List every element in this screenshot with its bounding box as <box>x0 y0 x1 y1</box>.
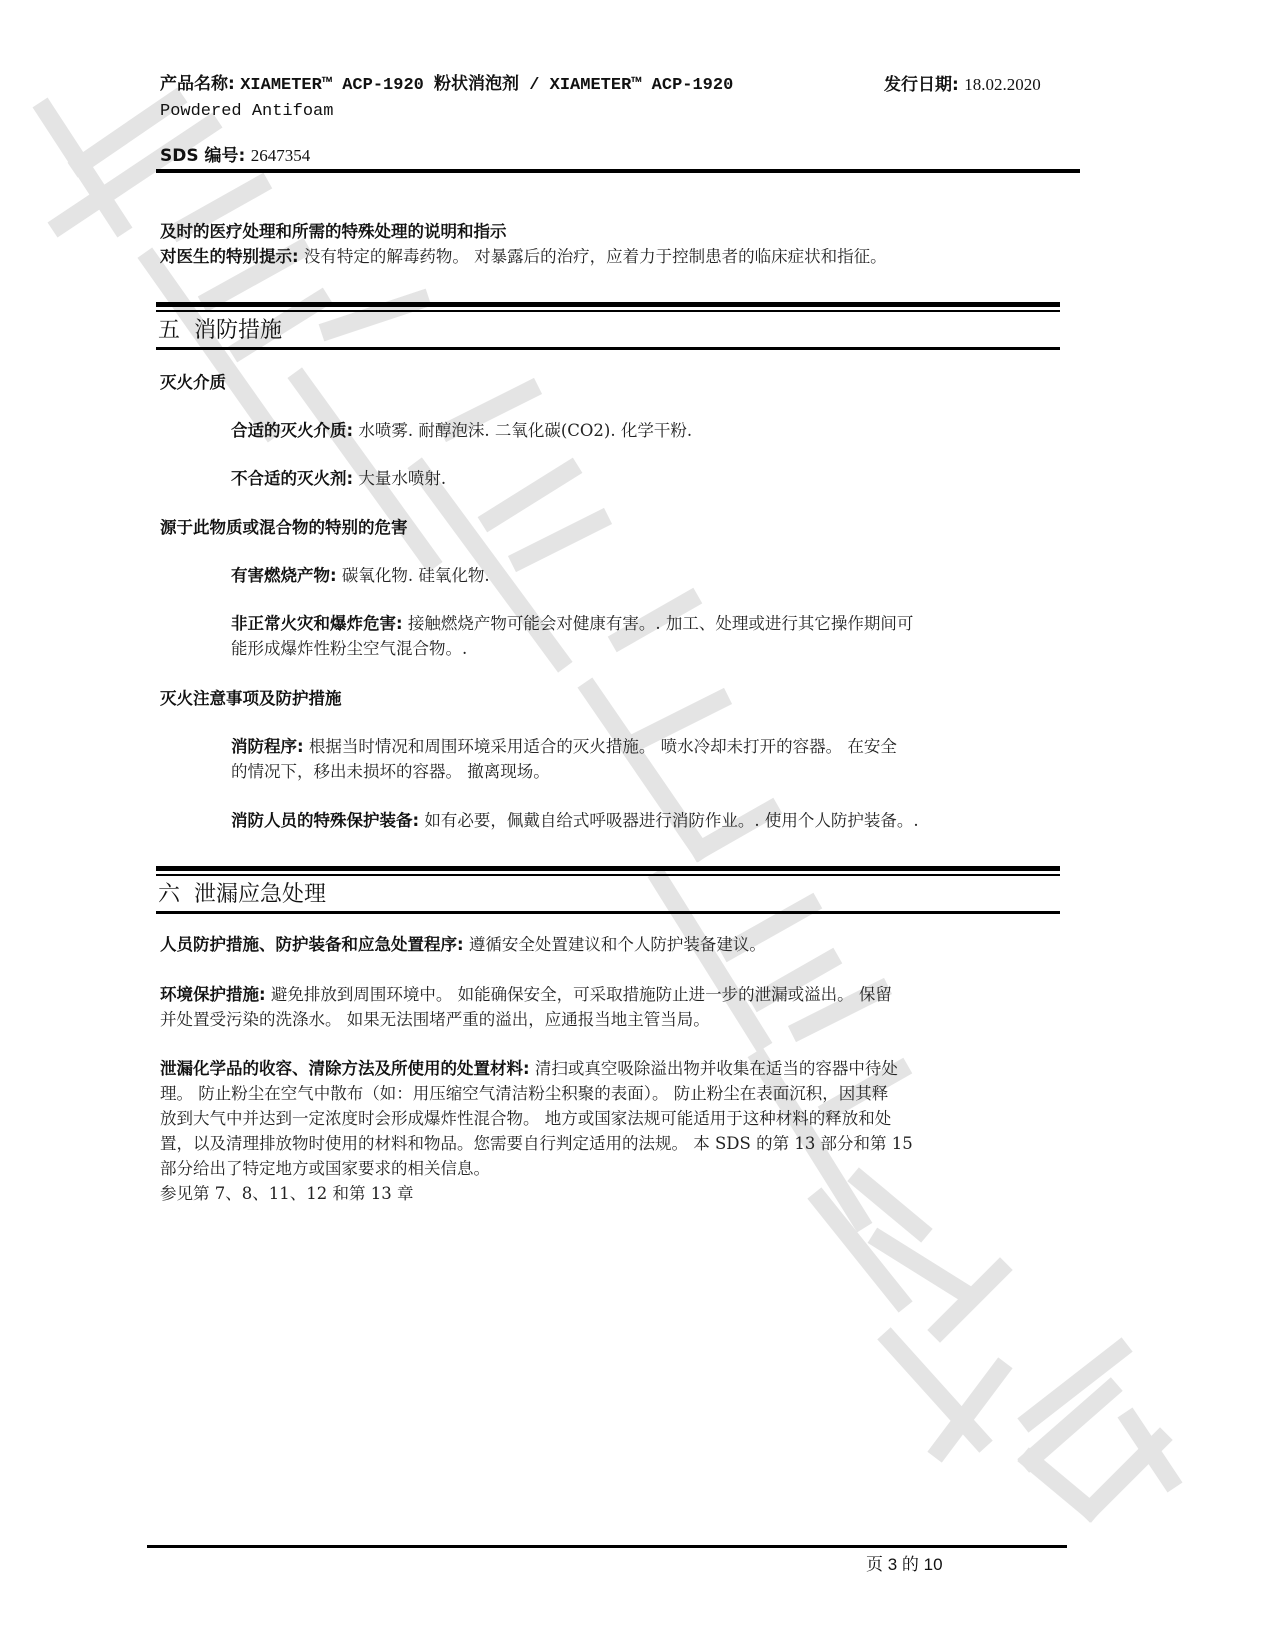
sds-number-label: SDS 编号: <box>160 146 245 166</box>
section5-top-rule <box>156 302 1060 307</box>
suitable-media-label: 合适的灭火介质: <box>231 421 353 440</box>
firefighting-procedures-label: 消防程序: <box>231 737 304 756</box>
unusual-fire-hazards-value: 接触燃烧产物可能会对健康有害。. 加工、处理或进行其它操作期间可 <box>408 614 914 633</box>
firefighting-procedures-value: 根据当时情况和周围环境采用适合的灭火措施。 喷水冷却未打开的容器。 在安全 <box>309 737 897 756</box>
product-name: 产品名称: XIAMETER™ ACP-1920 粉状消泡剂 / XIAMETE… <box>160 72 860 124</box>
section6-bottom-rule <box>156 911 1060 914</box>
product-name-value-line2: Powdered Antifoam <box>160 102 333 121</box>
personal-precautions-value: 遵循安全处置建议和个人防护装备建议。 <box>469 935 766 954</box>
section5-number: 五 <box>158 318 180 343</box>
sds-number-value: 2647354 <box>251 146 311 165</box>
special-hazards-heading: 源于此物质或混合物的特别的危害 <box>160 515 408 540</box>
section5-title: 五 消防措施 <box>158 316 282 346</box>
header-divider <box>156 169 1080 173</box>
sds-number: SDS 编号: 2647354 <box>160 143 310 169</box>
product-name-label: 产品名称: <box>160 74 235 94</box>
section5-bottom-rule <box>156 347 1060 350</box>
containment-cleanup-line: 理。 防止粉尘在空气中散布（如：用压缩空气清洁粉尘积聚的表面）。 防止粉尘在表面… <box>160 1084 888 1103</box>
personal-precautions-label: 人员防护措施、防护装备和应急处置程序: <box>160 935 464 954</box>
environmental-precautions-value-line2: 并处置受污染的洗涤水。 如果无法围堵严重的溢出，应通报当地主管当局。 <box>160 1010 710 1029</box>
unsuitable-media-value: 大量水喷射. <box>358 469 446 488</box>
unsuitable-media-label: 不合适的灭火剂: <box>231 469 353 488</box>
section6-top-rule-thin <box>156 874 1060 876</box>
firefighting-precautions-heading: 灭火注意事项及防护措施 <box>160 686 342 711</box>
section6-number: 六 <box>158 882 180 907</box>
firefighter-equipment-value: 如有必要，佩戴自给式呼吸器进行消防作业。. 使用个人防护装备。. <box>424 811 918 830</box>
note-to-physician-value: 没有特定的解毒药物。 对暴露后的治疗，应着力于控制患者的临床症状和指征。 <box>304 247 887 266</box>
medical-treatment-heading: 及时的医疗处理和所需的特殊处理的说明和指示 <box>160 219 507 244</box>
suitable-media: 合适的灭火介质: 水喷雾. 耐醇泡沫. 二氧化碳(CO2). 化学干粉. <box>231 418 692 443</box>
containment-cleanup-value: 清扫或真空吸除溢出物并收集在适当的容器中待处 <box>535 1059 898 1078</box>
unsuitable-media: 不合适的灭火剂: 大量水喷射. <box>231 466 446 491</box>
issue-date: 发行日期: 18.02.2020 <box>884 72 1041 98</box>
document-page: 产品名称: XIAMETER™ ACP-1920 粉状消泡剂 / XIAMETE… <box>0 0 1275 1650</box>
containment-cleanup-line: 放到大气中并达到一定浓度时会形成爆炸性混合物。 地方或国家法规可能适用于这种材料… <box>160 1109 891 1128</box>
containment-cleanup-label: 泄漏化学品的收容、清除方法及所使用的处置材料: <box>160 1059 530 1078</box>
note-to-physician-label: 对医生的特别提示: <box>160 247 299 266</box>
environmental-precautions-label: 环境保护措施: <box>160 985 266 1004</box>
firefighter-protective-equipment: 消防人员的特殊保护装备: 如有必要，佩戴自给式呼吸器进行消防作业。. 使用个人防… <box>231 808 919 833</box>
section5-title-text: 消防措施 <box>194 318 282 343</box>
environmental-precautions-value: 避免排放到周围环境中。 如能确保安全，可采取措施防止进一步的泄漏或溢出。 保留 <box>271 985 892 1004</box>
section5-top-rule-thin <box>156 310 1060 312</box>
firefighting-procedures-value-line2: 的情况下，移出未损坏的容器。 撤离现场。 <box>231 762 550 781</box>
containment-cleanup-line: 置，以及清理排放物时使用的材料和物品。您需要自行判定适用的法规。 本 SDS 的… <box>160 1134 913 1153</box>
extinguishing-media-heading: 灭火介质 <box>160 370 226 395</box>
containment-cleanup-line: 部分给出了特定地方或国家要求的相关信息。 <box>160 1159 490 1178</box>
hazardous-combustion-products: 有害燃烧产物: 碳氧化物. 硅氧化物. <box>231 563 490 588</box>
hazardous-combustion-label: 有害燃烧产物: <box>231 566 337 585</box>
footer-divider <box>147 1545 1067 1548</box>
unusual-fire-hazards-value-line2: 能形成爆炸性粉尘空气混合物。. <box>231 639 467 658</box>
section6-title: 六 泄漏应急处理 <box>158 880 326 910</box>
containment-cleanup: 泄漏化学品的收容、清除方法及所使用的处置材料: 清扫或真空吸除溢出物并收集在适当… <box>160 1056 913 1206</box>
page-number: 页 3 的 10 <box>866 1553 943 1577</box>
environmental-precautions: 环境保护措施: 避免排放到周围环境中。 如能确保安全，可采取措施防止进一步的泄漏… <box>160 982 892 1032</box>
document-content: 产品名称: XIAMETER™ ACP-1920 粉状消泡剂 / XIAMETE… <box>0 0 1275 1650</box>
firefighting-procedures: 消防程序: 根据当时情况和周围环境采用适合的灭火措施。 喷水冷却未打开的容器。 … <box>231 734 897 784</box>
issue-date-label: 发行日期: <box>884 75 959 95</box>
product-name-value: XIAMETER™ ACP-1920 粉状消泡剂 / XIAMETER™ ACP… <box>240 76 733 95</box>
note-to-physician: 对医生的特别提示: 没有特定的解毒药物。 对暴露后的治疗，应着力于控制患者的临床… <box>160 244 887 269</box>
section6-title-text: 泄漏应急处理 <box>194 882 326 907</box>
hazardous-combustion-value: 碳氧化物. 硅氧化物. <box>342 566 490 585</box>
unusual-fire-hazards: 非正常火灾和爆炸危害: 接触燃烧产物可能会对健康有害。. 加工、处理或进行其它操… <box>231 611 913 661</box>
unusual-fire-hazards-label: 非正常火灾和爆炸危害: <box>231 614 403 633</box>
firefighter-equipment-label: 消防人员的特殊保护装备: <box>231 811 419 830</box>
see-chapters-reference: 参见第 7、8、11、12 和第 13 章 <box>160 1184 413 1203</box>
section6-top-rule <box>156 866 1060 871</box>
issue-date-value: 18.02.2020 <box>964 75 1041 94</box>
suitable-media-value: 水喷雾. 耐醇泡沫. 二氧化碳(CO2). 化学干粉. <box>358 421 692 440</box>
personal-precautions: 人员防护措施、防护装备和应急处置程序: 遵循安全处置建议和个人防护装备建议。 <box>160 932 766 957</box>
